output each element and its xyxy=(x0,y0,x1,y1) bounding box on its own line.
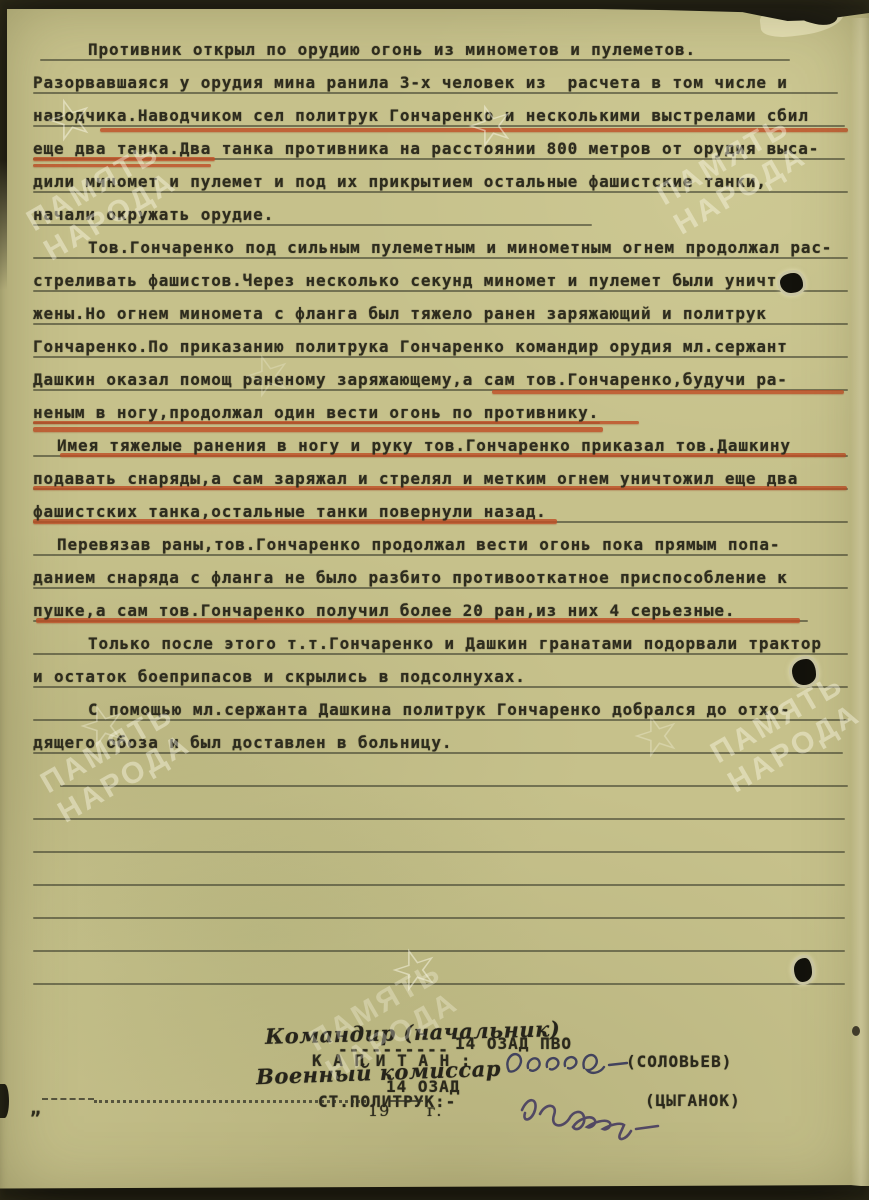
typed-line: С помощью мл.сержанта Дашкина политрук Г… xyxy=(33,693,849,726)
typed-line: Имея тяжелые ранения в ногу и руку тов.Г… xyxy=(33,429,849,462)
typed-line: пушке,а сам тов.Гончаренко получил более… xyxy=(33,594,849,627)
ruled-line xyxy=(33,950,845,952)
typed-line: Только после этого т.т.Гончаренко и Дашк… xyxy=(33,627,849,660)
typed-line: дящего обоза и был доставлен в больницу. xyxy=(33,726,849,759)
name-solovyev: (СОЛОВЬЕВ) xyxy=(626,1052,732,1071)
ruled-line xyxy=(33,818,845,820)
typed-line: Тов.Гончаренко под сильным пулеметным и … xyxy=(33,231,849,264)
typed-line: стреливать фашистов.Через несколько секу… xyxy=(33,264,849,297)
scanned-award-document-page: Противник открыл по орудию огонь из мино… xyxy=(0,0,869,1200)
typed-line: наводчика.Наводчиком сел политрук Гончар… xyxy=(33,99,849,132)
typed-line: жены.Но огнем миномета с фланга был тяже… xyxy=(33,297,849,330)
typed-line: начали окружать орудие. xyxy=(33,198,849,231)
paper-hole xyxy=(789,656,819,688)
ruled-line xyxy=(33,983,845,985)
paper-speck xyxy=(852,1026,860,1036)
typed-line: подавать снаряды,а сам заряжал и стрелял… xyxy=(33,462,849,495)
year-suffix: г. xyxy=(427,1101,442,1120)
paper-right-edge xyxy=(851,18,869,1186)
typed-line: данием снаряда с фланга не было разбито … xyxy=(33,561,849,594)
year-prefix: 19 xyxy=(368,1101,390,1120)
typed-line: фашистских танка,остальные танки поверну… xyxy=(33,495,849,528)
ruled-line xyxy=(60,785,848,787)
typed-line: дили миномет и пулемет и под их прикрыти… xyxy=(33,165,849,198)
paper-hole xyxy=(777,270,806,296)
typed-line: неным в ногу,продолжал один вести огонь … xyxy=(33,396,849,429)
scan-edge-left xyxy=(0,0,7,290)
ruled-line xyxy=(33,851,845,853)
open-quote-mark: „ xyxy=(30,1098,42,1119)
typewritten-text-block: Противник открыл по орудию огонь из мино… xyxy=(33,33,849,759)
typed-line: Противник открыл по орудию огонь из мино… xyxy=(33,33,849,66)
typed-line: Разорвавшаяся у орудия мина ранила 3-х ч… xyxy=(33,66,849,99)
date-dash-segment xyxy=(42,1098,94,1100)
ruled-line xyxy=(33,917,845,919)
typed-line: и остаток боеприпасов и скрылись в подсо… xyxy=(33,660,849,693)
handwritten-signature-solovyev xyxy=(495,1043,635,1089)
scan-edge-notch xyxy=(0,1084,9,1118)
typed-line: Дашкин оказал помощ раненому заряжающему… xyxy=(33,363,849,396)
handwritten-signature-tsyganok xyxy=(512,1088,672,1146)
typed-line: Перевязав раны,тов.Гончаренко продолжал … xyxy=(33,528,849,561)
year-blank-line xyxy=(390,1100,423,1102)
date-long-line xyxy=(94,1100,366,1103)
typed-line: еще два танка.Два танка противника на ра… xyxy=(33,132,849,165)
ruled-line xyxy=(33,884,845,886)
paper-hole xyxy=(791,955,815,985)
typed-line: Гончаренко.По приказанию политрука Гонча… xyxy=(33,330,849,363)
